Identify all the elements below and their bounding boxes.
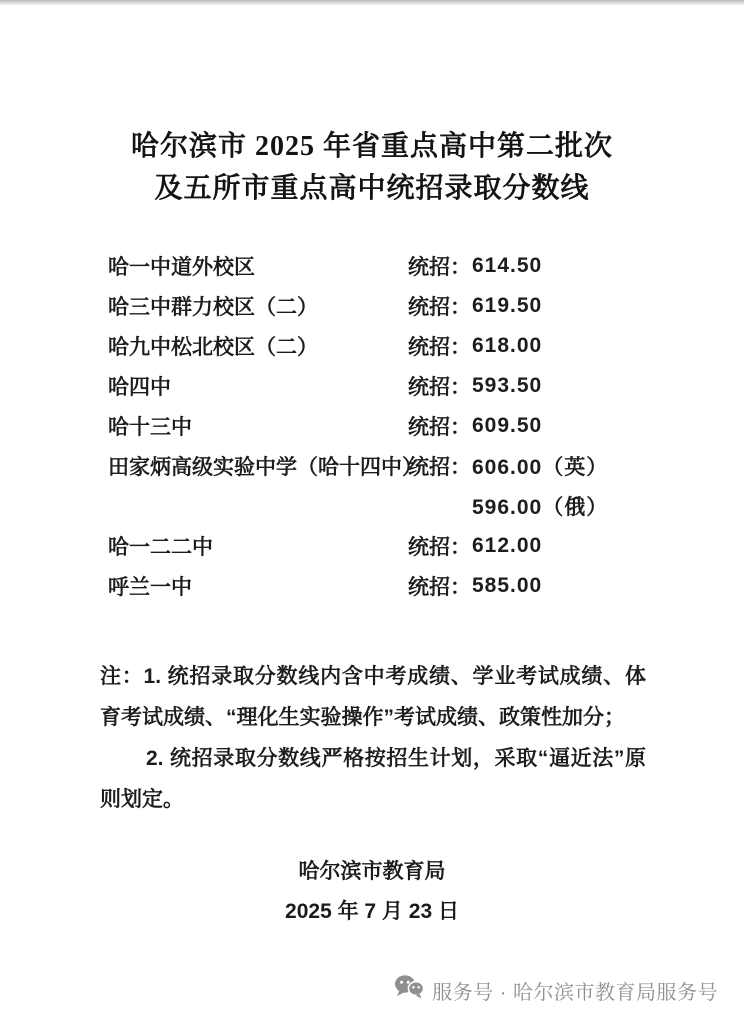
school-name: 哈四中 (108, 371, 408, 401)
score-value: 593.50 (472, 374, 684, 398)
school-name: 呼兰一中 (108, 571, 408, 601)
signature-block: 哈尔滨市教育局 2025 年 7 月 23 日 (0, 852, 744, 932)
issue-date: 2025 年 7 月 23 日 (0, 892, 744, 932)
score-row: 呼兰一中 统招： 585.00 (108, 566, 684, 606)
issuer-name: 哈尔滨市教育局 (0, 852, 744, 892)
score-value: 596.00（俄） (472, 491, 684, 521)
score-value: 585.00 (472, 574, 684, 598)
watermark-text: 服务号 · 哈尔滨市教育局服务号 (432, 976, 718, 1005)
score-value: 612.00 (472, 534, 684, 558)
score-row: 哈四中 统招： 593.50 (108, 366, 684, 406)
score-row: 哈三中群力校区（二） 统招： 619.50 (108, 286, 684, 326)
document-title-line2: 及五所市重点高中统招录取分数线 (0, 168, 744, 210)
score-value: 606.00（英） (472, 451, 684, 481)
tongzhao-label: 统招： (408, 331, 472, 361)
score-value: 609.50 (472, 414, 684, 438)
school-name: 哈九中松北校区（二） (108, 331, 408, 361)
school-name: 哈一二二中 (108, 531, 408, 561)
school-name: 哈三中群力校区（二） (108, 291, 408, 321)
school-name: 哈十三中 (108, 411, 408, 441)
score-row: 哈一中道外校区 统招： 614.50 (108, 246, 684, 286)
score-row: 田家炳高级实验中学（哈十四中） 统招： 606.00（英） (108, 446, 684, 486)
score-row: 哈十三中 统招： 609.50 (108, 406, 684, 446)
notes-section: 注：1. 统招录取分数线内含中考成绩、学业考试成绩、体育考试成绩、“理化生实验操… (100, 656, 646, 820)
tongzhao-label: 统招： (408, 291, 472, 321)
tongzhao-label: 统招： (408, 411, 472, 441)
wechat-service-icon (394, 974, 424, 1006)
tongzhao-label: 统招： (408, 451, 472, 481)
score-row-continuation: 596.00（俄） (108, 486, 684, 526)
score-row: 哈一二二中 统招： 612.00 (108, 526, 684, 566)
score-row: 哈九中松北校区（二） 统招： 618.00 (108, 326, 684, 366)
document-title: 哈尔滨市 2025 年省重点高中第二批次 及五所市重点高中统招录取分数线 (0, 126, 744, 210)
tongzhao-label: 统招： (408, 251, 472, 281)
score-value: 619.50 (472, 294, 684, 318)
school-name: 田家炳高级实验中学（哈十四中） (108, 451, 408, 481)
note-2: 2. 统招录取分数线严格按招生计划，采取“逼近法”原则划定。 (100, 738, 646, 820)
note-1: 注：1. 统招录取分数线内含中考成绩、学业考试成绩、体育考试成绩、“理化生实验操… (100, 656, 646, 738)
tongzhao-label: 统招： (408, 371, 472, 401)
school-name: 哈一中道外校区 (108, 251, 408, 281)
tongzhao-label: 统招： (408, 531, 472, 561)
score-value: 614.50 (472, 254, 684, 278)
watermark-footer: 服务号 · 哈尔滨市教育局服务号 (394, 974, 718, 1006)
photo-top-edge (0, 0, 744, 5)
document-title-line1: 哈尔滨市 2025 年省重点高中第二批次 (0, 126, 744, 168)
score-value: 618.00 (472, 334, 684, 358)
document-page: 哈尔滨市 2025 年省重点高中第二批次 及五所市重点高中统招录取分数线 哈一中… (0, 0, 744, 1024)
score-list: 哈一中道外校区 统招： 614.50 哈三中群力校区（二） 统招： 619.50… (108, 246, 684, 606)
tongzhao-label: 统招： (408, 571, 472, 601)
